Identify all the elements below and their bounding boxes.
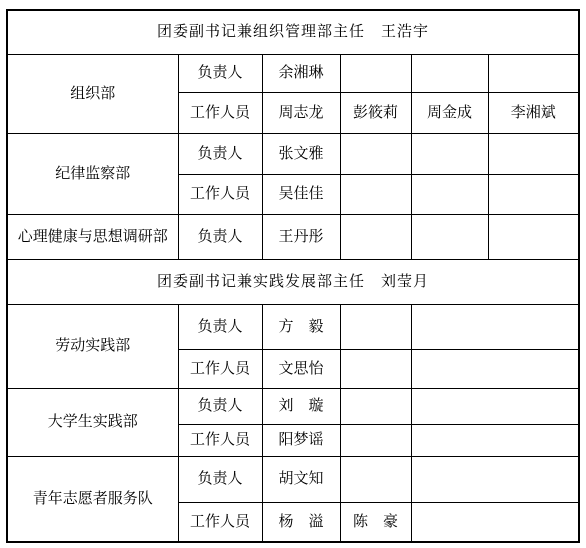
empty-cell <box>411 174 488 214</box>
empty-cell <box>340 304 411 349</box>
dept-student-practice: 大学生实践部 <box>7 388 178 456</box>
role-label-staff: 工作人员 <box>178 349 262 388</box>
empty-cell <box>411 424 579 456</box>
leader-name-cell: 张文雅 <box>262 133 340 174</box>
empty-cell <box>340 133 411 174</box>
section-header-row: 团委副书记兼组织管理部主任 王浩宇 <box>7 10 579 54</box>
role-label-leader: 负责人 <box>178 456 262 502</box>
member-name-cell: 吴佳佳 <box>262 174 340 214</box>
member-name-cell: 阳梦谣 <box>262 424 340 456</box>
dept-youth-volunteer: 青年志愿者服务队 <box>7 456 178 542</box>
role-label-staff: 工作人员 <box>178 92 262 133</box>
dept-discipline-inspection: 纪律监察部 <box>7 133 178 214</box>
document-sheet: 团委副书记兼组织管理部主任 王浩宇 组织部 负责人 余湘琳 工作人员 周志龙 彭… <box>0 0 586 543</box>
member-name-cell: 文思怡 <box>262 349 340 388</box>
empty-cell <box>411 304 579 349</box>
empty-cell <box>411 133 488 174</box>
leader-row: 组织部 负责人 余湘琳 <box>7 54 579 92</box>
role-label-staff: 工作人员 <box>178 174 262 214</box>
member-name-cell: 彭筱莉 <box>340 92 411 133</box>
empty-cell <box>488 54 579 92</box>
empty-cell <box>488 214 579 259</box>
leader-name-cell: 刘 璇 <box>262 388 340 424</box>
role-label-leader: 负责人 <box>178 304 262 349</box>
role-label-leader: 负责人 <box>178 388 262 424</box>
leader-row: 纪律监察部 负责人 张文雅 <box>7 133 579 174</box>
empty-cell <box>340 349 411 388</box>
member-name-cell: 杨 溢 <box>262 502 340 542</box>
empty-cell <box>411 214 488 259</box>
member-name-cell: 周志龙 <box>262 92 340 133</box>
member-name-cell: 李湘斌 <box>488 92 579 133</box>
empty-cell <box>340 456 411 502</box>
member-name-cell: 周金成 <box>411 92 488 133</box>
section-title-practice: 团委副书记兼实践发展部主任 刘莹月 <box>7 259 579 304</box>
empty-cell <box>340 174 411 214</box>
role-label-leader: 负责人 <box>178 54 262 92</box>
member-name-cell: 陈 豪 <box>340 502 411 542</box>
leader-name-cell: 王丹彤 <box>262 214 340 259</box>
role-label-leader: 负责人 <box>178 214 262 259</box>
empty-cell <box>411 456 579 502</box>
empty-cell <box>411 502 579 542</box>
empty-cell <box>411 349 579 388</box>
section-header-row: 团委副书记兼实践发展部主任 刘莹月 <box>7 259 579 304</box>
leader-name-cell: 胡文知 <box>262 456 340 502</box>
section-title-organization: 团委副书记兼组织管理部主任 王浩宇 <box>7 10 579 54</box>
leader-row: 劳动实践部 负责人 方 毅 <box>7 304 579 349</box>
role-label-staff: 工作人员 <box>178 502 262 542</box>
dept-organization: 组织部 <box>7 54 178 133</box>
empty-cell <box>488 133 579 174</box>
leader-row: 心理健康与思想调研部 负责人 王丹彤 <box>7 214 579 259</box>
empty-cell <box>340 388 411 424</box>
leader-name-cell: 余湘琳 <box>262 54 340 92</box>
empty-cell <box>411 388 579 424</box>
empty-cell <box>340 214 411 259</box>
empty-cell <box>340 424 411 456</box>
empty-cell <box>488 174 579 214</box>
org-structure-table: 团委副书记兼组织管理部主任 王浩宇 组织部 负责人 余湘琳 工作人员 周志龙 彭… <box>6 9 580 543</box>
dept-psych-research: 心理健康与思想调研部 <box>7 214 178 259</box>
leader-name-cell: 方 毅 <box>262 304 340 349</box>
role-label-staff: 工作人员 <box>178 424 262 456</box>
leader-row: 青年志愿者服务队 负责人 胡文知 <box>7 456 579 502</box>
dept-labor-practice: 劳动实践部 <box>7 304 178 388</box>
leader-row: 大学生实践部 负责人 刘 璇 <box>7 388 579 424</box>
empty-cell <box>411 54 488 92</box>
role-label-leader: 负责人 <box>178 133 262 174</box>
empty-cell <box>340 54 411 92</box>
